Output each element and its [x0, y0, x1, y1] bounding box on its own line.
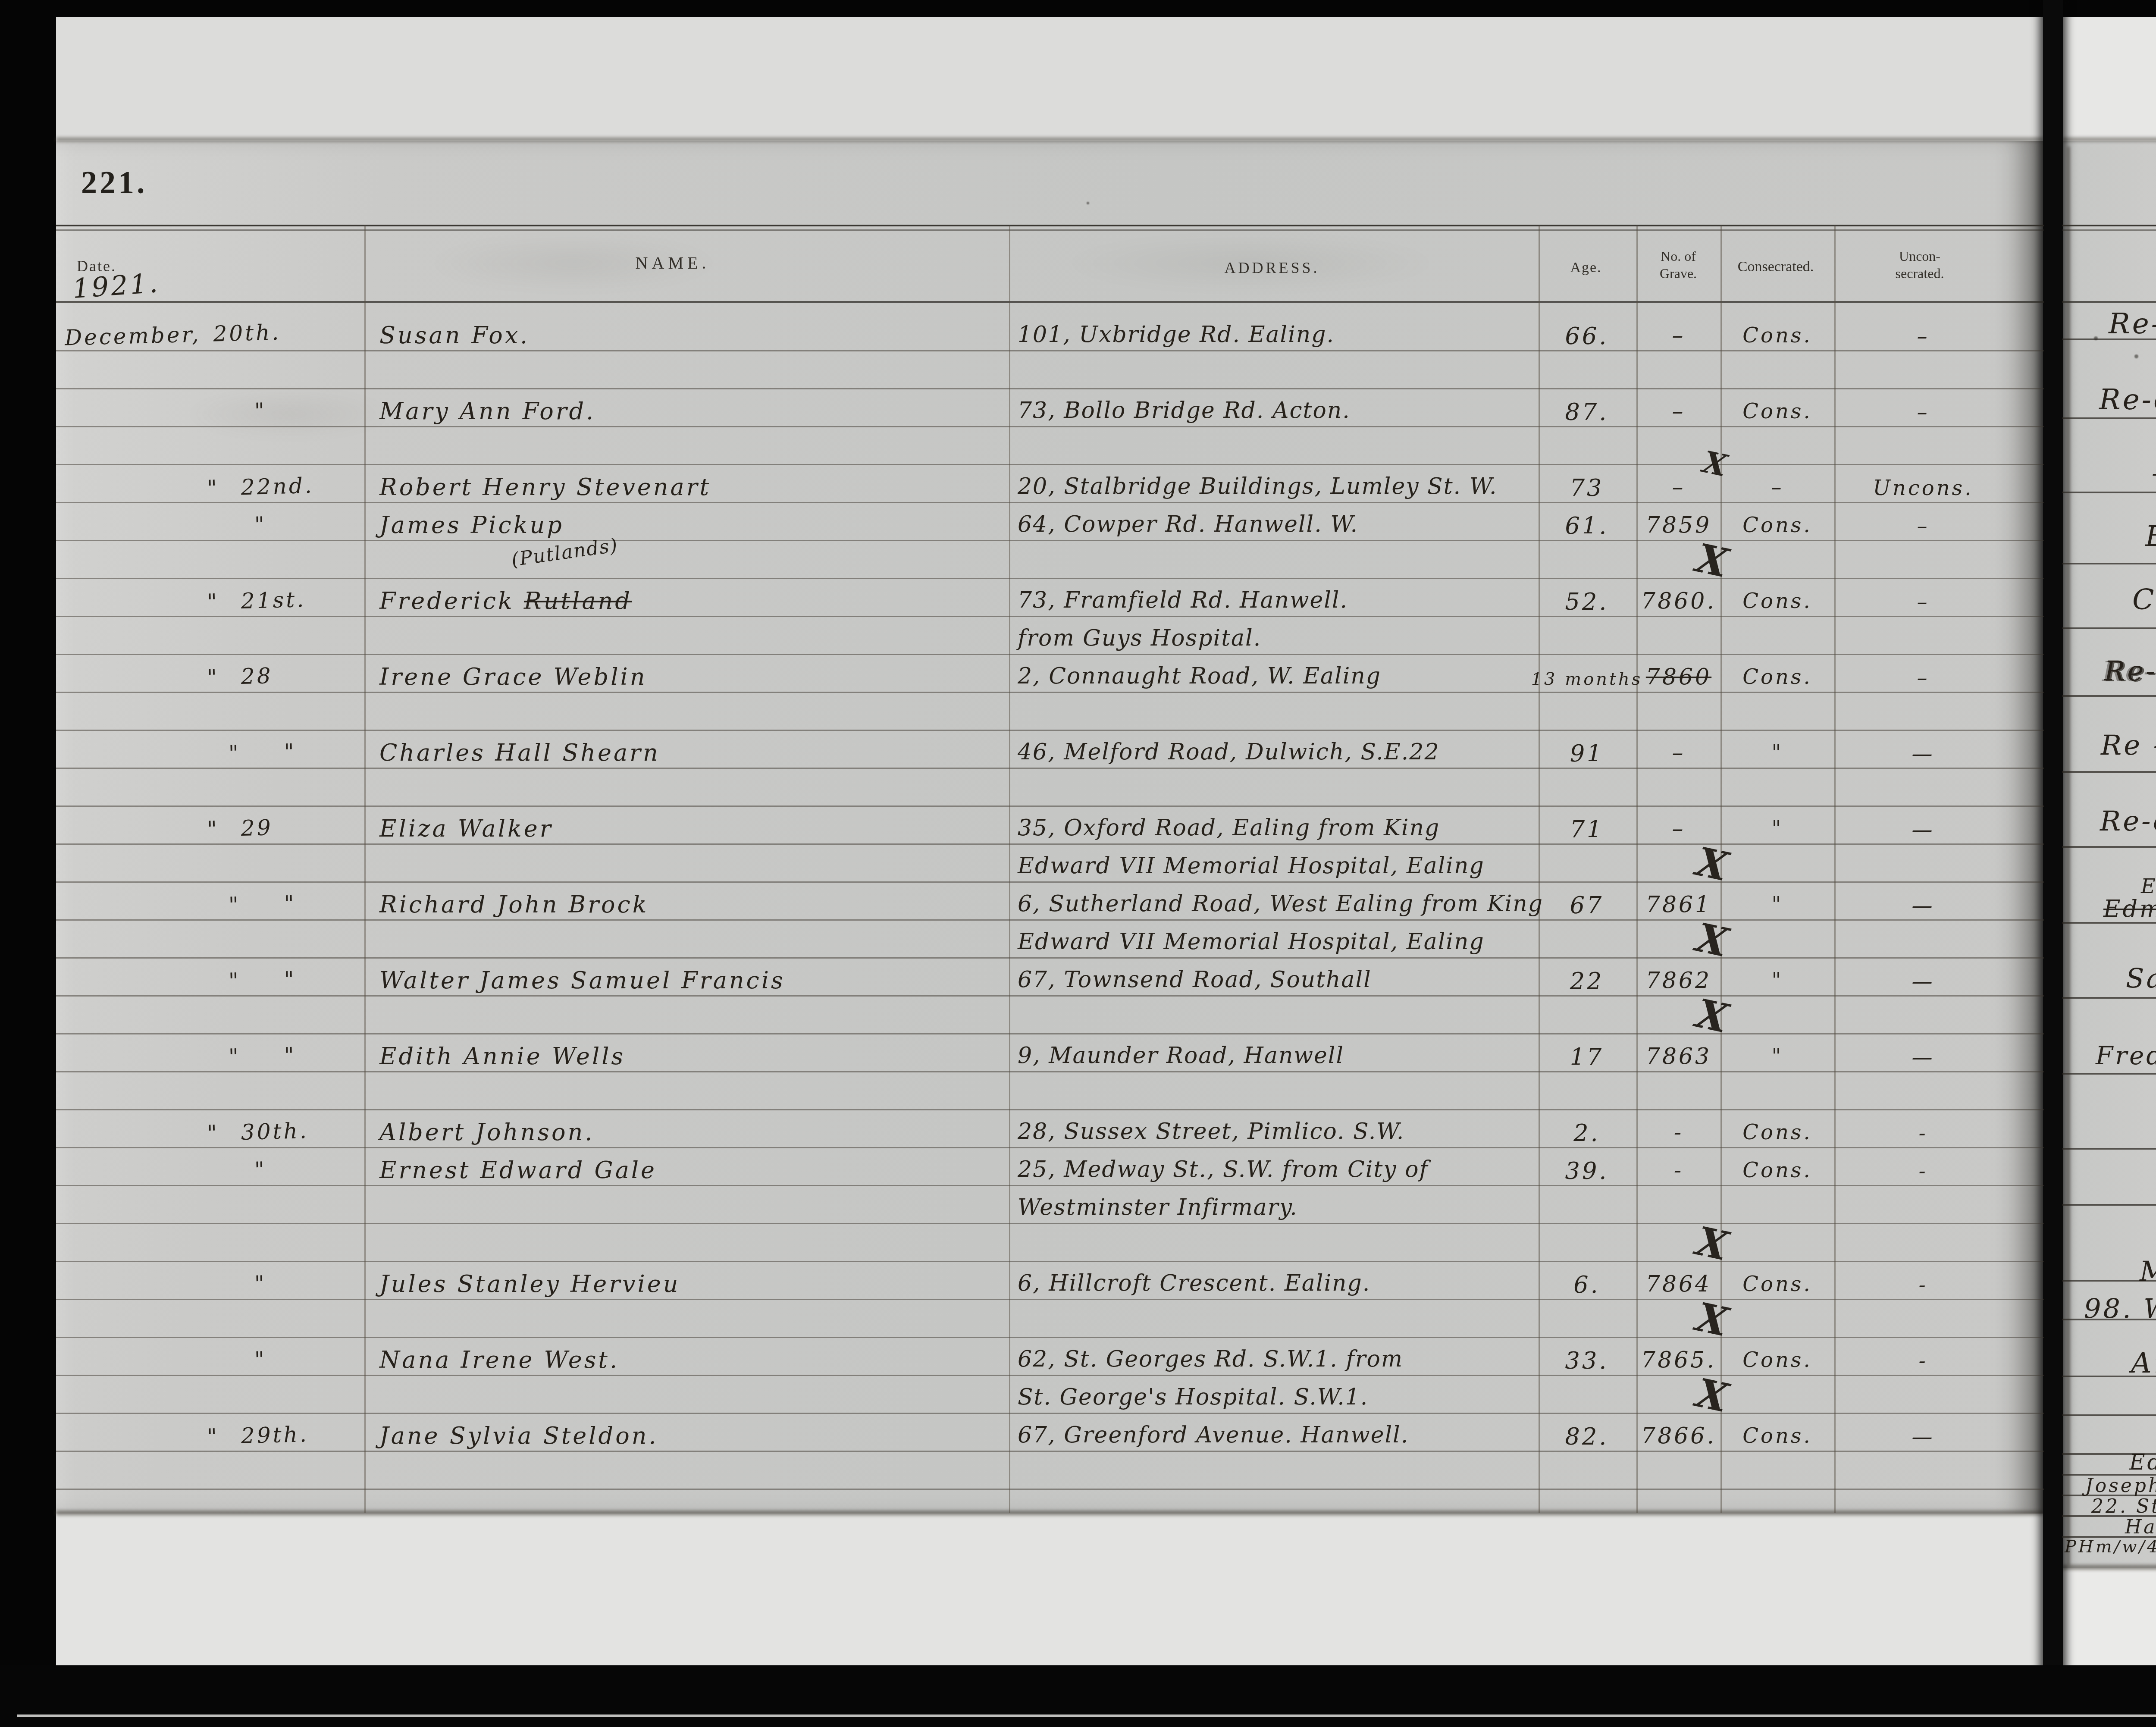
column-divider: [1636, 226, 1638, 1513]
rule-line: [56, 1223, 2044, 1224]
row-address: 62, St. Georges Rd. S.W.1. from: [1018, 1346, 1403, 1372]
rule-line: [56, 464, 2044, 465]
row-age: 6.: [1573, 1271, 1600, 1298]
row-address: 25, Medway St., S.W. from City of: [1018, 1157, 1429, 1182]
right-page-bottom-margin: [2062, 1568, 2156, 1665]
row-grave: -: [1674, 1157, 1684, 1183]
row-name: Mary Ann Ford.: [379, 398, 595, 425]
row-unconsecrated: —: [1912, 742, 1935, 766]
col-header-age: Age.: [1570, 260, 1601, 276]
right-page-fragment: Hanwell. W: [2125, 1516, 2156, 1538]
right-header-rule-top: [2062, 225, 2156, 226]
rule-line: [56, 1033, 2044, 1034]
rule-line: [2062, 1148, 2156, 1150]
rule-line: [2062, 695, 2156, 697]
rule-line: [56, 1413, 2044, 1414]
row-name: Susan Fox.: [379, 322, 530, 349]
row-date: " ": [228, 1043, 296, 1069]
gutter-crease: [2067, 147, 2070, 1565]
row-age: 71: [1570, 816, 1604, 843]
row-unconsecrated: –: [1917, 666, 1930, 690]
rule-line: [56, 919, 2044, 921]
page-top-margin: [56, 17, 2044, 141]
row-address: 35, Oxford Road, Ealing from King: [1018, 815, 1440, 841]
row-unconsecrated: —: [1912, 1425, 1935, 1449]
row-age: 52.: [1565, 588, 1609, 615]
right-page-fragment: Re-ope: [2104, 655, 2156, 687]
row-name: Richard John Brock: [379, 891, 649, 918]
header-rule-bottom: [56, 301, 2044, 303]
row-grave: -: [1674, 1119, 1684, 1145]
row-consecrated: ": [1771, 741, 1783, 765]
right-page-fragment: Joseph Sheldon: [2085, 1475, 2156, 1497]
row-unconsecrated: -: [1918, 1273, 1927, 1297]
row-date: " 22nd.: [207, 473, 314, 501]
rule-line: [56, 502, 2044, 503]
right-page-fragment: PHm/w/421/20 - 21/5/1941: [2065, 1537, 2156, 1557]
rule-line: [2062, 1073, 2156, 1075]
row-name: Charles Hall Shearn: [379, 739, 660, 766]
page-number: 221.: [81, 165, 147, 201]
row-date: " ": [228, 739, 296, 766]
row-date: " 29: [207, 815, 273, 842]
row-unconsecrated: —: [1912, 893, 1935, 918]
row-age: 66.: [1565, 323, 1609, 350]
header-rule-top2: [56, 229, 2044, 231]
rule-line: [2062, 563, 2156, 564]
row-unconsecrated: -: [1918, 1121, 1927, 1145]
left-page-bottom-margin: [56, 1514, 2044, 1665]
row-date: " 21st.: [207, 587, 306, 614]
row-consecrated: ": [1771, 893, 1783, 917]
row-unconsecrated: –: [1917, 400, 1930, 424]
scanned-burial-register: 221. Date. 1921. NAME. ADDRESS. Age. No.…: [0, 0, 2156, 1727]
rule-line: [56, 957, 2044, 959]
right-page-fragment: 98. Waving: [2084, 1293, 2156, 1324]
rule-line: [56, 616, 2044, 617]
right-header-rule-top2: [2062, 229, 2156, 231]
row-address: Edward VII Memorial Hospital, Ealing: [1018, 853, 1485, 879]
row-consecrated: ": [1771, 968, 1783, 993]
column-divider: [364, 226, 366, 1513]
right-page-bottom-edge: [2062, 1565, 2156, 1569]
rule-line: [56, 995, 2044, 997]
right-page-fragment: Edw: [2129, 1450, 2156, 1475]
rule-line: [56, 1375, 2044, 1376]
row-unconsecrated: Uncons.: [1873, 476, 1974, 500]
column-divider: [1009, 226, 1010, 1513]
row-age: 2.: [1573, 1119, 1600, 1147]
row-consecrated: Cons.: [1742, 1272, 1812, 1296]
row-name: Irene Grace Weblin: [379, 663, 647, 690]
row-unconsecrated: –: [1917, 514, 1930, 538]
scan-speck: [2134, 354, 2138, 358]
rule-line: [56, 730, 2044, 731]
row-age: 67: [1570, 892, 1604, 919]
row-address: 6, Sutherland Road, West Ealing from Kin…: [1018, 891, 1543, 917]
col-header-unconsecrated-line1: Uncon-: [1899, 248, 1940, 264]
col-header-address: ADDRESS.: [1224, 259, 1319, 277]
col-header-grave-line2: Grave.: [1660, 266, 1697, 282]
col-header-grave-line1: No. of: [1661, 248, 1696, 264]
row-address: St. George's Hospital. S.W.1.: [1018, 1384, 1368, 1410]
row-unconsecrated: -: [1918, 1159, 1927, 1183]
row-age: 13 months: [1531, 669, 1643, 689]
row-grave: –: [1672, 816, 1686, 842]
rule-line: [56, 1147, 2044, 1148]
row-consecrated: Cons.: [1742, 1424, 1812, 1448]
row-age: 61.: [1565, 512, 1609, 539]
right-page-fragment: Frederick J: [2096, 1041, 2156, 1070]
row-age: 87.: [1565, 398, 1609, 426]
col-header-unconsecrated-line2: secrated.: [1896, 266, 1944, 282]
row-address: 101, Uxbridge Rd. Ealing.: [1018, 322, 1335, 348]
rule-line: [56, 350, 2044, 351]
row-name: Jane Sylvia Steldon.: [379, 1422, 658, 1449]
row-grave: 7866.: [1641, 1423, 1716, 1449]
row-consecrated: Cons.: [1742, 399, 1812, 423]
right-page-fragment: Re-openi: [2100, 806, 2156, 837]
row-unconsecrated: -: [1918, 1349, 1927, 1373]
row-date: ": [254, 1157, 267, 1183]
row-consecrated: –: [1771, 475, 1784, 499]
row-name: James Pickup: [379, 511, 564, 539]
right-page-fragment: —: [2152, 458, 2156, 488]
row-name: Edith Annie Wells: [379, 1043, 625, 1070]
row-name: Nana Irene West.: [379, 1346, 619, 1373]
right-page-fragment: Re-open: [2099, 383, 2156, 416]
row-address: 67, Greenford Avenue. Hanwell.: [1018, 1422, 1409, 1448]
row-grave: 7863: [1646, 1044, 1711, 1069]
rule-line: [2062, 771, 2156, 773]
right-page-top-edge: [2062, 138, 2156, 141]
row-date: " 29th.: [207, 1422, 309, 1449]
row-consecrated: Cons.: [1742, 513, 1812, 537]
rule-line: [56, 881, 2044, 883]
rule-line: [2062, 846, 2156, 848]
row-address: 46, Melford Road, Dulwich, S.E.22: [1018, 739, 1440, 765]
right-page-fragment: Eliza: [2145, 520, 2156, 553]
row-consecrated: ": [1771, 817, 1783, 841]
left-page-bottom-edge: [56, 1511, 2044, 1515]
row-unconsecrated: —: [1912, 818, 1935, 842]
row-name: Eliza Walker: [379, 815, 553, 842]
row-consecrated: ": [1771, 1044, 1783, 1069]
row-consecrated: Cons.: [1742, 1348, 1812, 1372]
row-address: 64, Cowper Rd. Hanwell. W.: [1018, 511, 1358, 537]
rule-line: [56, 578, 2044, 579]
film-frame-line: [17, 1714, 2156, 1717]
rule-line: [56, 1489, 2044, 1490]
row-unconsecrated: —: [1912, 969, 1935, 994]
row-address: 73, Bollo Bridge Rd. Acton.: [1018, 398, 1351, 423]
row-address: 9, Maunder Road, Hanwell: [1018, 1043, 1344, 1069]
rule-line: [56, 1337, 2044, 1338]
row-date: ": [254, 398, 267, 424]
row-date: ": [254, 1347, 267, 1373]
right-page-fragment: Re - open: [2101, 730, 2156, 762]
rule-line: [56, 540, 2044, 541]
row-date: ": [254, 1271, 267, 1297]
row-age: 33.: [1565, 1347, 1609, 1374]
row-grave: –: [1672, 323, 1686, 348]
row-grave: –: [1672, 398, 1686, 424]
row-date: " ": [228, 967, 296, 994]
column-divider: [1834, 226, 1836, 1513]
row-consecrated: Cons.: [1742, 1158, 1812, 1182]
row-date: " ": [228, 891, 296, 918]
row-date: ": [254, 512, 267, 538]
row-grave: 7860.: [1641, 588, 1716, 614]
row-address: 2, Connaught Road, W. Ealing: [1018, 663, 1381, 689]
row-age: 73: [1570, 474, 1604, 501]
col-header-name: NAME.: [636, 253, 710, 273]
row-grave: –: [1672, 474, 1686, 500]
right-page-fragment: Re-open: [2109, 307, 2156, 340]
rule-line: [56, 1451, 2044, 1452]
right-page-fragment: Edmund Dav: [2103, 895, 2156, 922]
right-page-fragment: Ambr: [2131, 1346, 2156, 1379]
row-address: Westminster Infirmary.: [1018, 1194, 1298, 1220]
row-age: 82.: [1565, 1423, 1609, 1450]
row-age: 22: [1570, 968, 1604, 995]
row-name: Walter James Samuel Francis: [379, 967, 785, 994]
row-grave: 7860: [1646, 664, 1711, 690]
row-grave: 7865.: [1641, 1347, 1716, 1373]
row-name-struck: Rutland: [524, 587, 632, 614]
year-label: 1921.: [72, 267, 161, 304]
row-name: Ernest Edward Gale: [379, 1157, 657, 1184]
rule-line: [56, 768, 2044, 769]
right-page-fragment: 22. Studley Gi: [2091, 1495, 2156, 1517]
right-header-rule-bottom: [2062, 301, 2156, 303]
column-divider: [1539, 226, 1540, 1513]
row-unconsecrated: —: [1912, 1045, 1935, 1069]
rule-line: [2062, 997, 2156, 999]
film-bottom-edge: [0, 1665, 2156, 1727]
rule-line: [2062, 1204, 2156, 1206]
row-name: Frederick Rutland: [379, 587, 632, 614]
row-address: 6, Hillcroft Crescent. Ealing.: [1018, 1270, 1370, 1296]
row-address: 73, Framfield Rd. Hanwell.: [1018, 587, 1348, 613]
col-header-consecrated: Consecrated.: [1738, 259, 1814, 275]
row-name: Albert Johnson.: [379, 1119, 594, 1146]
rule-line: [2062, 492, 2156, 493]
row-name: Robert Henry Stevenart: [379, 473, 711, 501]
right-page-fragment: Samuel: [2126, 962, 2156, 994]
row-address: 67, Townsend Road, Southall: [1018, 967, 1372, 993]
row-date: " 28: [207, 663, 273, 690]
rule-line: [56, 1185, 2044, 1186]
row-address: 20, Stalbridge Buildings, Lumley St. W.: [1018, 473, 1498, 499]
row-address: from Guys Hospital.: [1018, 625, 1261, 651]
rule-line: [56, 654, 2044, 655]
row-age: 91: [1570, 740, 1604, 767]
row-consecrated: Cons.: [1742, 589, 1812, 613]
book-spine-shadow: [2043, 0, 2063, 1727]
rule-line: [56, 1261, 2044, 1262]
row-grave: –: [1672, 740, 1686, 766]
right-page-fragment: Edgar: [2141, 874, 2156, 898]
right-page-fragment: Mario: [2140, 1256, 2156, 1288]
header-rule-top: [56, 225, 2044, 226]
right-page-fragment: Carol: [2132, 583, 2156, 616]
row-address: 28, Sussex Street, Pimlico. S.W.: [1018, 1119, 1404, 1144]
row-consecrated: Cons.: [1742, 665, 1812, 689]
scan-speck: [1087, 202, 1089, 204]
row-consecrated: Cons.: [1742, 1120, 1812, 1144]
rule-line: [56, 843, 2044, 845]
rule-line: [2062, 627, 2156, 629]
row-age: 39.: [1565, 1157, 1609, 1185]
row-address: Edward VII Memorial Hospital, Ealing: [1018, 929, 1485, 955]
row-age: 17: [1570, 1044, 1604, 1071]
rule-line: [56, 1299, 2044, 1300]
rule-line: [56, 426, 2044, 427]
row-consecrated: Cons.: [1742, 323, 1812, 348]
rule-line: [56, 1071, 2044, 1072]
row-unconsecrated: –: [1917, 590, 1930, 614]
right-page-top-margin: [2062, 17, 2156, 141]
rule-line: [2062, 1414, 2156, 1416]
rule-line: [2062, 417, 2156, 419]
row-unconsecrated: –: [1917, 324, 1930, 348]
rule-line: [56, 1109, 2044, 1110]
row-date: " 30th.: [207, 1118, 309, 1146]
rule-line: [56, 806, 2044, 807]
left-page-top-edge: [56, 138, 2044, 141]
row-name: Jules Stanley Hervieu: [379, 1270, 680, 1298]
rule-line: [56, 692, 2044, 693]
rule-line: [56, 388, 2044, 389]
